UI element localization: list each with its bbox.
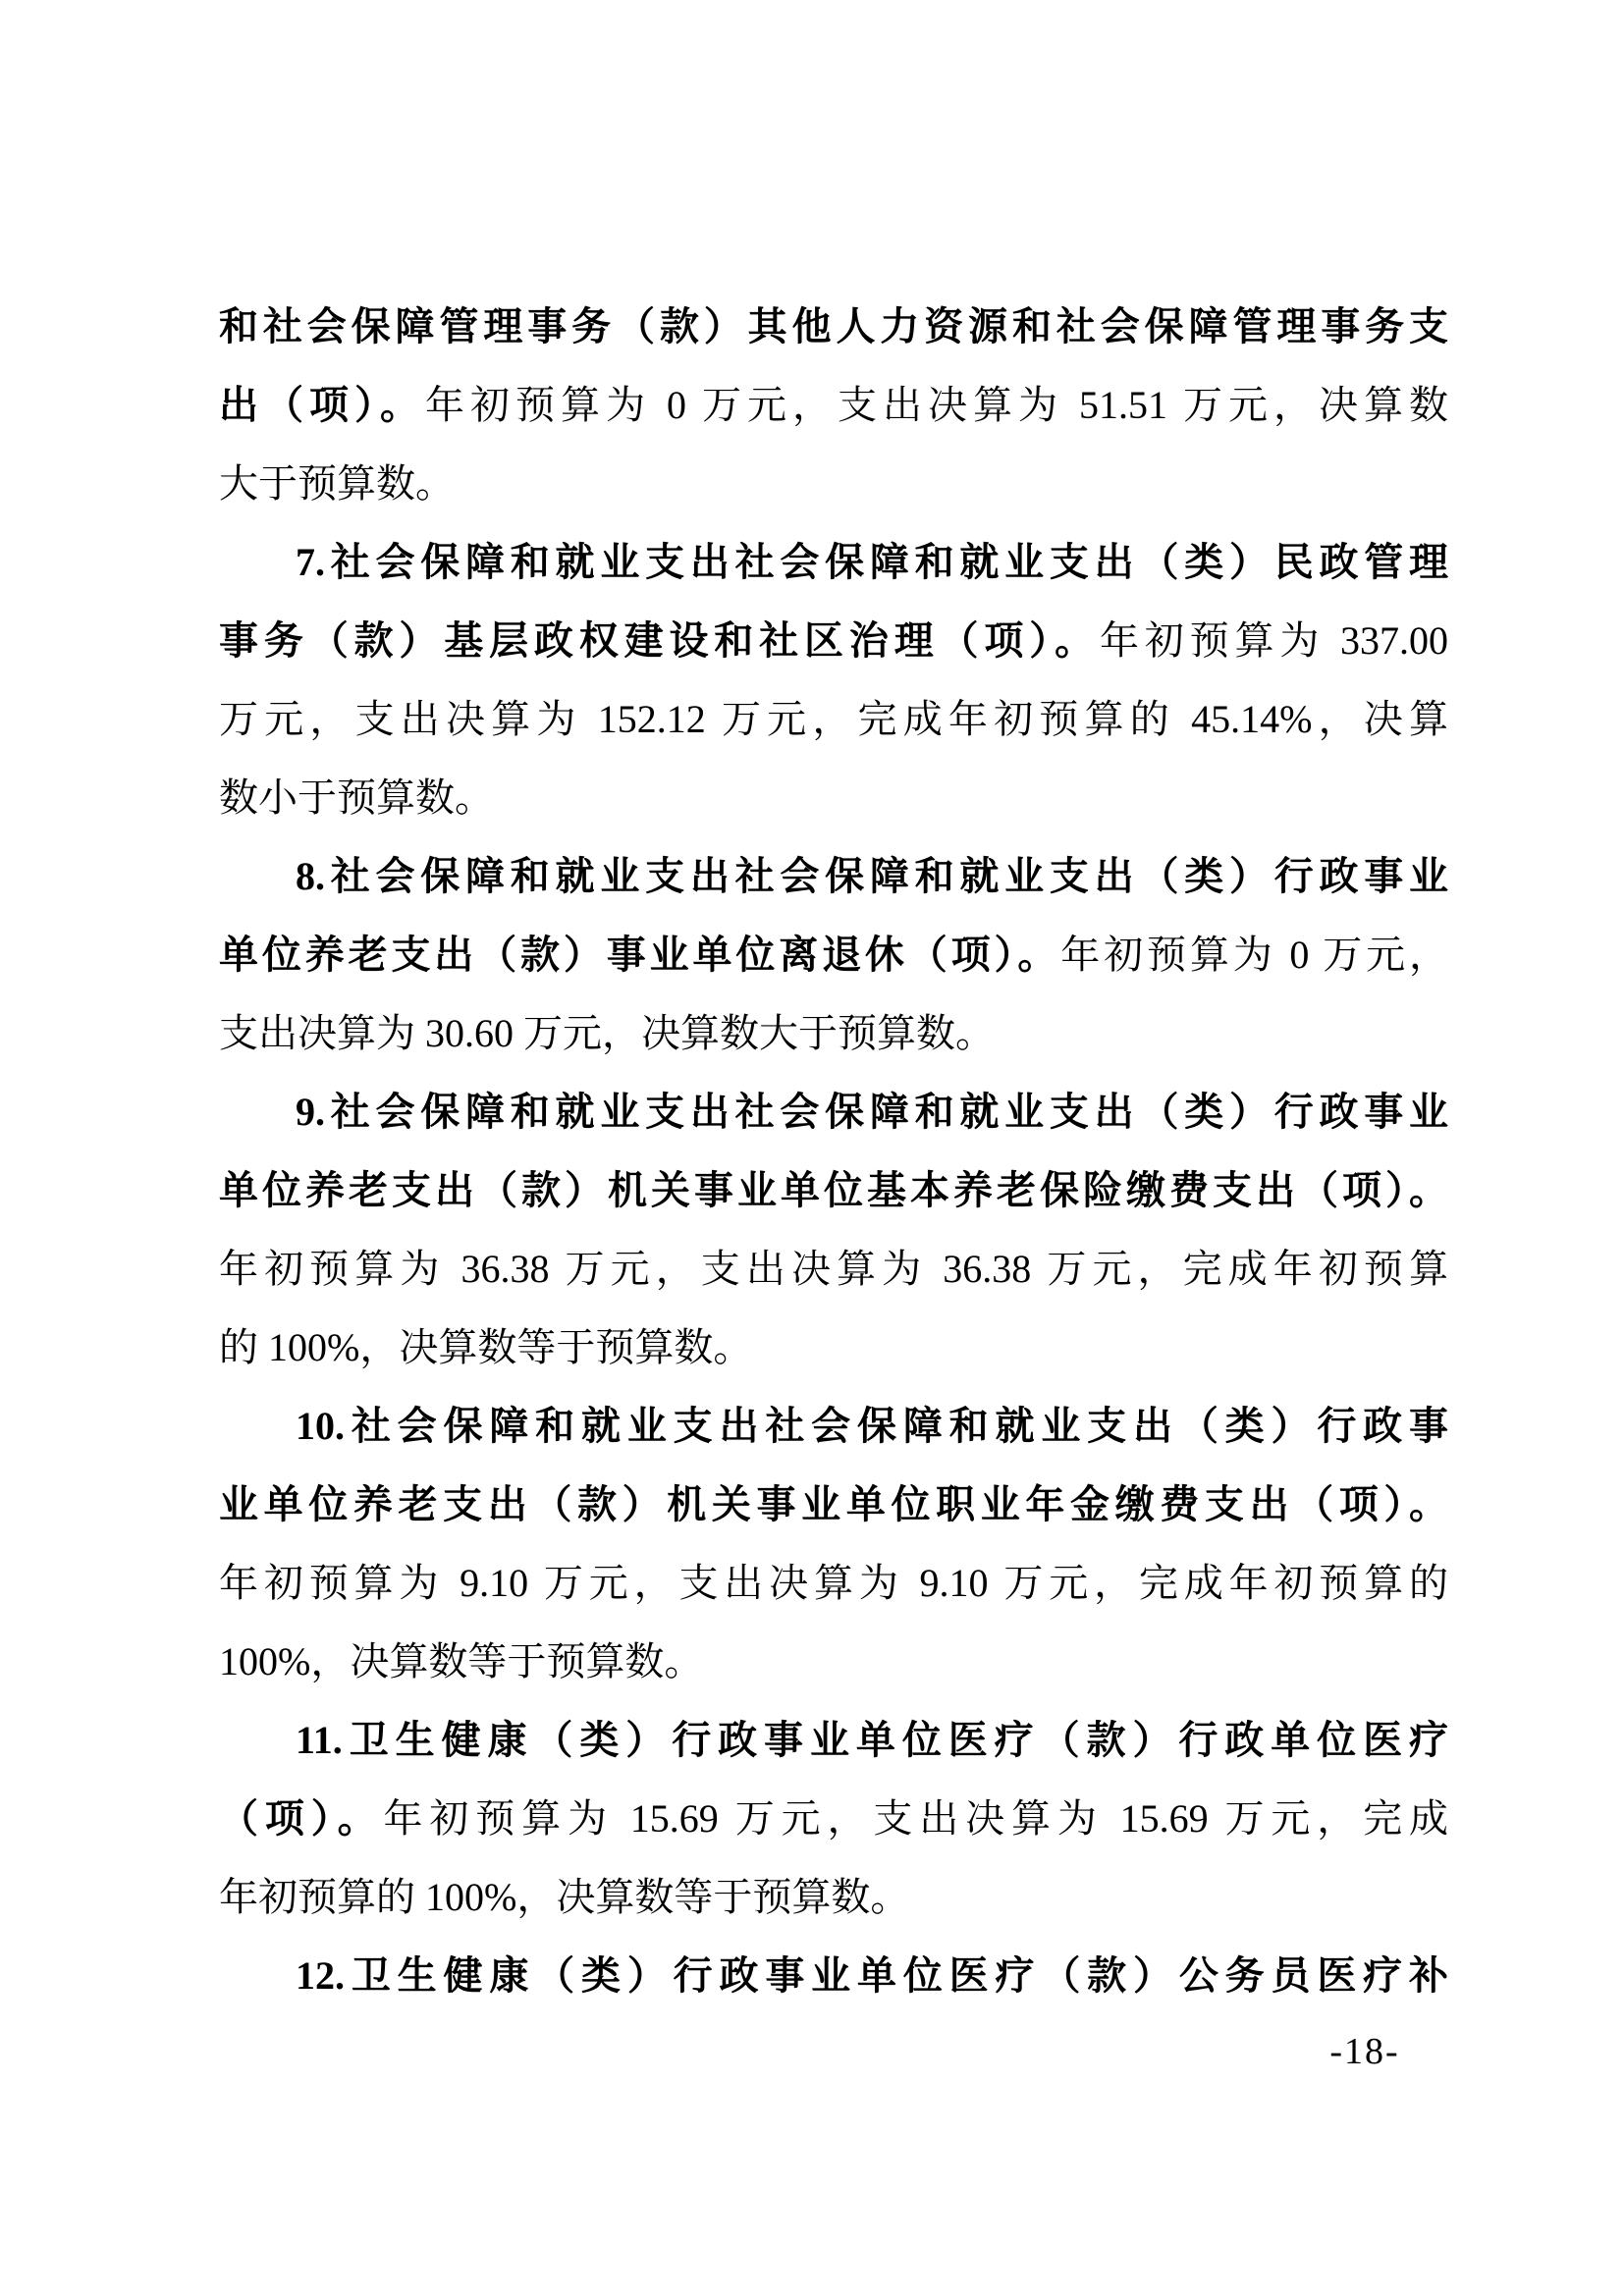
line-regular-text: 100%，决算数等于预算数。 [219,1639,703,1683]
line-regular-text: 万元，支出决算为 152.12 万元，完成年初预算的 45.14%，决算 [219,697,1448,741]
line-regular-text: 年初预算为 0 万元，支出决算为 51.51 万元，决算数 [425,383,1448,427]
line-bold-text: 单位养老支出（款）机关事业单位基本养老保险缴费支出（项）。 [219,1168,1448,1212]
line-bold-text: 8.社会保障和就业支出社会保障和就业支出（类）行政事业 [296,854,1448,898]
line-bold-text: 7.社会保障和就业支出社会保障和就业支出（类）民政管理 [296,540,1448,584]
text-line: 年初预算为 36.38 万元，支出决算为 36.38 万元，完成年初预算 [219,1230,1448,1308]
line-bold-text: 11.卫生健康（类）行政事业单位医疗（款）行政单位医疗 [296,1718,1448,1762]
line-regular-text: 年初预算为 9.10 万元，支出决算为 9.10 万元，完成年初预算的 [219,1561,1448,1605]
text-line: 支出决算为 30.60 万元，决算数大于预算数。 [219,994,1448,1073]
line-regular-text: 年初预算为 15.69 万元，支出决算为 15.69 万元，完成 [384,1796,1448,1841]
text-line: 单位养老支出（款）事业单位离退休（项）。年初预算为 0 万元， [219,916,1448,994]
text-line: 8.社会保障和就业支出社会保障和就业支出（类）行政事业 [219,837,1448,916]
line-bold-text: 出（项）。 [219,383,425,427]
line-regular-text: 的 100%，决算数等于预算数。 [219,1325,752,1369]
line-bold-text: 单位养老支出（款）事业单位离退休（项）。 [219,933,1060,977]
line-bold-text: 9.社会保障和就业支出社会保障和就业支出（类）行政事业 [296,1090,1448,1134]
line-regular-text: 年初预算为 36.38 万元，支出决算为 36.38 万元，完成年初预算 [219,1247,1448,1291]
text-line: 7.社会保障和就业支出社会保障和就业支出（类）民政管理 [219,523,1448,602]
text-line: 年初预算的 100%，决算数等于预算数。 [219,1858,1448,1937]
text-line: 100%，决算数等于预算数。 [219,1623,1448,1701]
line-bold-text: 12.卫生健康（类）行政事业单位医疗（款）公务员医疗补 [296,1953,1448,1998]
text-line: 12.卫生健康（类）行政事业单位医疗（款）公务员医疗补 [219,1937,1448,2015]
text-line: 年初预算为 9.10 万元，支出决算为 9.10 万元，完成年初预算的 [219,1544,1448,1623]
line-bold-text: 和社会保障管理事务（款）其他人力资源和社会保障管理事务支 [219,304,1448,348]
line-bold-text: 业单位养老支出（款）机关事业单位职业年金缴费支出（项）。 [219,1482,1448,1526]
text-line: 业单位养老支出（款）机关事业单位职业年金缴费支出（项）。 [219,1466,1448,1544]
text-line: 10.社会保障和就业支出社会保障和就业支出（类）行政事 [219,1387,1448,1466]
text-line: 出（项）。年初预算为 0 万元，支出决算为 51.51 万元，决算数 [219,366,1448,445]
text-line: 的 100%，决算数等于预算数。 [219,1308,1448,1387]
text-line: 和社会保障管理事务（款）其他人力资源和社会保障管理事务支 [219,288,1448,366]
document-body: 和社会保障管理事务（款）其他人力资源和社会保障管理事务支 出（项）。年初预算为 … [219,288,1448,2015]
line-regular-text: 大于预算数。 [219,461,455,506]
page-number: -18- [1306,2030,1424,2073]
text-line: 万元，支出决算为 152.12 万元，完成年初预算的 45.14%，决算 [219,680,1448,759]
text-line: 数小于预算数。 [219,759,1448,837]
text-line: 大于预算数。 [219,445,1448,523]
line-regular-text: 年初预算为 337.00 [1100,618,1448,663]
text-line: 9.社会保障和就业支出社会保障和就业支出（类）行政事业 [219,1073,1448,1151]
line-regular-text: 支出决算为 30.60 万元，决算数大于预算数。 [219,1011,995,1055]
line-regular-text: 年初预算为 0 万元， [1060,933,1448,977]
text-line: 单位养老支出（款）机关事业单位基本养老保险缴费支出（项）。 [219,1151,1448,1230]
line-regular-text: 年初预算的 100%，决算数等于预算数。 [219,1875,909,1919]
line-bold-text: （项）。 [219,1796,384,1841]
line-regular-text: 数小于预算数。 [219,775,494,820]
text-line: 事务（款）基层政权建设和社区治理（项）。年初预算为 337.00 [219,602,1448,680]
document-page: 和社会保障管理事务（款）其他人力资源和社会保障管理事务支 出（项）。年初预算为 … [0,0,1624,2296]
text-line: 11.卫生健康（类）行政事业单位医疗（款）行政单位医疗 [219,1701,1448,1780]
text-line: （项）。年初预算为 15.69 万元，支出决算为 15.69 万元，完成 [219,1780,1448,1858]
line-bold-text: 10.社会保障和就业支出社会保障和就业支出（类）行政事 [296,1404,1448,1448]
line-bold-text: 事务（款）基层政权建设和社区治理（项）。 [219,618,1100,663]
